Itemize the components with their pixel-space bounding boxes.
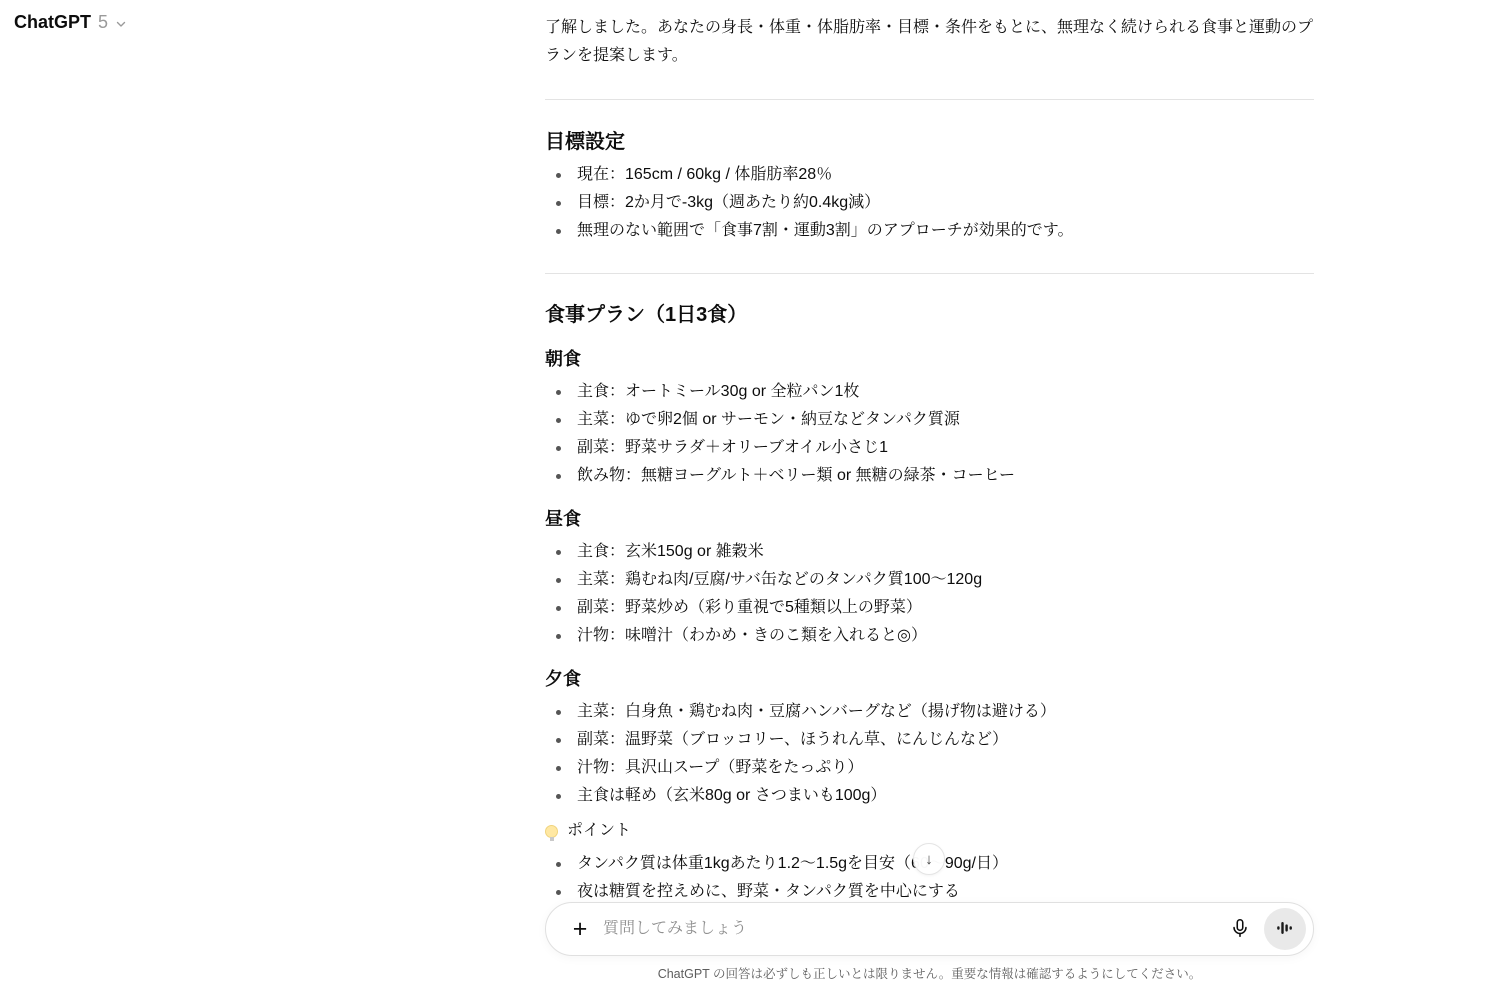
list-item: 副菜：野菜炒め（彩り重視で5種類以上の野菜） [545,594,1314,622]
model-switcher[interactable]: ChatGPT 5 [14,12,127,33]
assistant-message: 了解しました。あなたの身長・体重・体脂肪率・目標・条件をもとに、無理なく続けられ… [545,0,1314,906]
dinner-list: 主菜：白身魚・鶏むね肉・豆腐ハンバーグなど（揚げ物は避ける） 副菜：温野菜（ブロ… [545,698,1314,810]
chat-input[interactable] [603,920,1222,938]
breakfast-list: 主食：オートミール30g or 全粒パン1枚 主菜：ゆで卵2個 or サーモン・… [545,378,1314,490]
lunch-list: 主食：玄米150g or 雑穀米 主菜：鶏むね肉/豆腐/サバ缶などのタンパク質1… [545,538,1314,650]
model-label: 5 [98,12,108,33]
section-title-goal: 目標設定 [545,128,1314,156]
chevron-down-icon [115,18,127,30]
list-item: 副菜：温野菜（ブロッコリー、ほうれん草、にんじんなど） [545,726,1314,754]
points-label: ポイント [567,817,631,845]
points-heading: ポイント [545,817,1314,845]
scroll-to-bottom-button[interactable]: ↓ [913,843,945,875]
list-item: 副菜：野菜サラダ＋オリーブオイル小さじ1 [545,434,1314,462]
composer[interactable]: + [545,902,1314,956]
microphone-icon [1229,917,1251,942]
list-item: 目標：2か月で-3kg（週あたり約0.4kg減） [545,189,1314,217]
list-item: 現在：165cm / 60kg / 体脂肪率28％ [545,161,1314,189]
voice-mode-button[interactable] [1264,908,1306,950]
list-item: 汁物：具沢山スープ（野菜をたっぷり） [545,754,1314,782]
arrow-down-icon: ↓ [925,851,933,868]
attach-button[interactable]: + [564,913,596,945]
plus-icon: + [573,917,588,942]
goal-list: 現在：165cm / 60kg / 体脂肪率28％ 目標：2か月で-3kg（週あ… [545,161,1314,245]
list-item: 主食：玄米150g or 雑穀米 [545,538,1314,566]
list-item: 主菜：ゆで卵2個 or サーモン・納豆などタンパク質源 [545,406,1314,434]
section-divider [545,99,1314,100]
subsection-title-dinner: 夕食 [545,665,1314,693]
list-item: 飲み物：無糖ヨーグルト＋ベリー類 or 無糖の緑茶・コーヒー [545,462,1314,490]
list-item: 主菜：白身魚・鶏むね肉・豆腐ハンバーグなど（揚げ物は避ける） [545,698,1314,726]
disclaimer-text: ChatGPT の回答は必ずしも正しいとは限りません。重要な情報は確認するように… [545,964,1314,982]
list-item: 無理のない範囲で「食事7割・運動3割」のアプローチが効果的です。 [545,217,1314,245]
intro-paragraph: 了解しました。あなたの身長・体重・体脂肪率・目標・条件をもとに、無理なく続けられ… [545,14,1314,70]
list-item: 主食：オートミール30g or 全粒パン1枚 [545,378,1314,406]
brand-label: ChatGPT [14,12,91,33]
list-item: 主食は軽め（玄米80g or さつまいも100g） [545,782,1314,810]
list-item: 汁物：味噌汁（わかめ・きのこ類を入れると◎） [545,622,1314,650]
section-title-meal-plan: 食事プラン（1日3食） [545,301,1314,329]
lightbulb-icon [545,825,558,838]
list-item: 主菜：鶏むね肉/豆腐/サバ缶などのタンパク質100〜120g [545,566,1314,594]
subsection-title-breakfast: 朝食 [545,345,1314,373]
subsection-title-lunch: 昼食 [545,505,1314,533]
section-divider [545,273,1314,274]
voice-waveform-icon [1276,919,1294,940]
dictation-button[interactable] [1222,911,1258,947]
